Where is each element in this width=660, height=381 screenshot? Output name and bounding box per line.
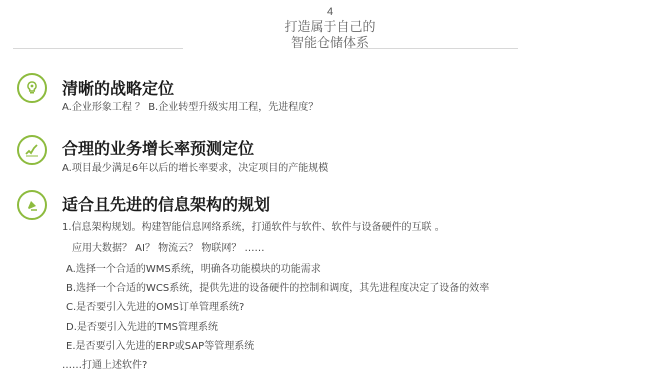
section-text: 1.信息架构规划。构建智能信息网络系统，打通软件与软件、软件与设备硬件的互联 。 [62, 218, 445, 233]
section-text: E.是否要引入先进的ERP或SAP等管理系统 [66, 337, 254, 352]
section-title-growth: 合理的业务增长率预测定位 [62, 136, 254, 159]
section-text: C.是否要引入先进的OMS订单管理系统? [66, 298, 244, 313]
page-title-line1: 打造属于自己的 [0, 20, 660, 36]
divider-left [13, 48, 183, 49]
pen-nib-icon [17, 190, 47, 220]
section-text: A.企业形象工程 ？ B.企业转型升级实用工程，先进程度？ [62, 98, 318, 113]
divider-right [348, 48, 518, 49]
slide-header: 4 打造属于自己的 智能仓储体系 [0, 0, 660, 60]
section-number: 4 [0, 6, 660, 18]
lightbulb-icon [17, 73, 47, 103]
growth-chart-icon [17, 135, 47, 165]
section-title-strategy: 清晰的战略定位 [62, 76, 174, 99]
section-title-info-arch: 适合且先进的信息架构的规划 [62, 192, 270, 215]
section-text: A.选择一个合适的WMS系统，明确各功能模块的功能需求 [66, 260, 321, 275]
section-text: ……打通上述软件? [62, 356, 147, 371]
section-text: B.选择一个合适的WCS系统，提供先进的设备硬件的控制和调度，其先进程度决定了设… [66, 279, 489, 294]
section-text: A.项目最少满足6年以后的增长率要求，决定项目的产能规模 [62, 159, 328, 174]
section-text: D.是否要引入先进的TMS管理系统 [66, 318, 218, 333]
page-title-line2: 智能仓储体系 [0, 36, 660, 52]
section-text: 应用大数据？ AI？ 物流云？ 物联网？ …… [72, 239, 265, 254]
